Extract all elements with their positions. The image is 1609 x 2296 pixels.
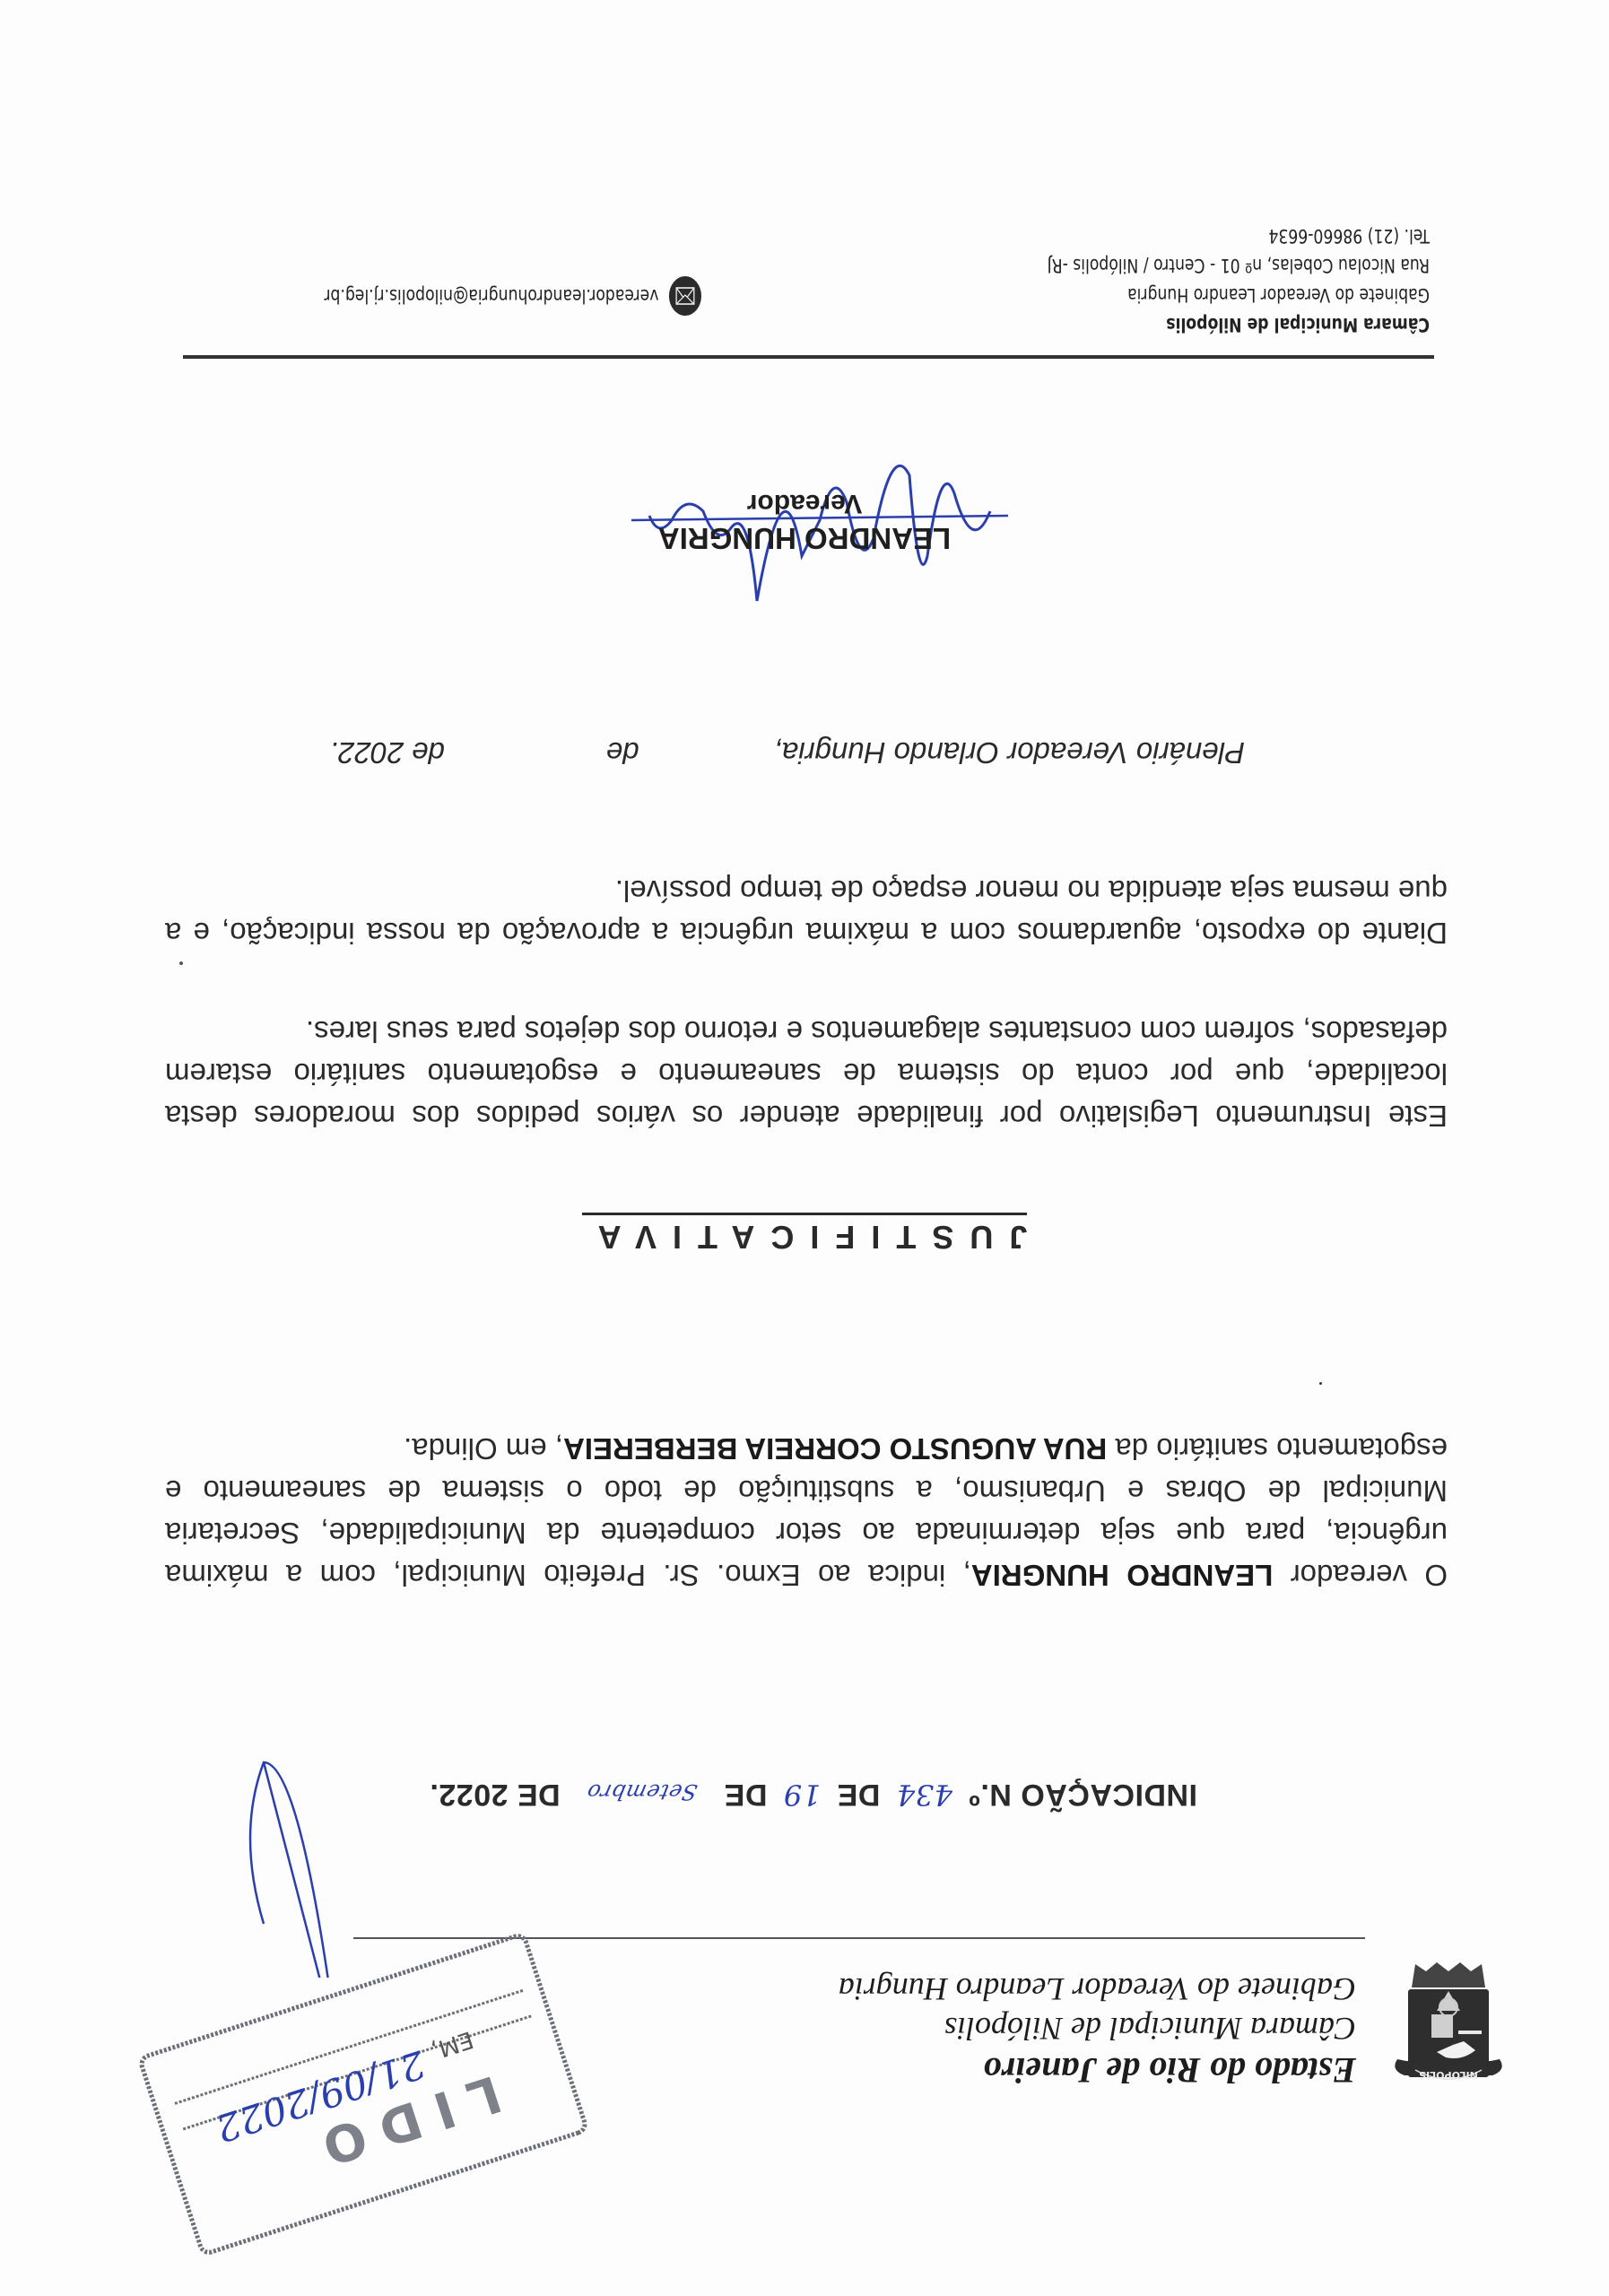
stray-mark — [1315, 1378, 1322, 1385]
date-de: de — [606, 736, 639, 770]
para1-end: , em Olinda. — [404, 1432, 563, 1465]
street-name: RUA AUGUSTO CORREIA BERBEREIA — [563, 1432, 1107, 1465]
footer-contact: Câmara Municipal de Nilópolis Gabinete d… — [1048, 221, 1430, 339]
title-day-handwritten: 19 — [783, 1778, 821, 1812]
para1-intro: O vereador — [1273, 1559, 1448, 1592]
document-title: INDICAÇÃO N.º434DE19DESetembroDE 2022. — [430, 1777, 1197, 1812]
title-number-handwritten: 434 — [896, 1778, 952, 1812]
letterhead-chamber: Câmara Municipal de Nilópolis — [692, 2009, 1356, 2048]
plenary-name: Plenário Vereador Orlando Hungria, — [774, 736, 1245, 770]
justification-heading: JUSTIFICATIVA — [0, 1218, 1609, 1256]
date-year: de 2022. — [330, 736, 445, 770]
stray-mark — [179, 961, 183, 965]
title-de: DE — [837, 1778, 880, 1812]
title-prefix: INDICAÇÃO N.º — [969, 1778, 1197, 1812]
councilor-name: LEANDRO HUNGRIA — [971, 1559, 1274, 1592]
footer-chamber: Câmara Municipal de Nilópolis — [1048, 309, 1430, 339]
letterhead-office: Gabinete do Vereador Leandro Hungria — [692, 1970, 1356, 2009]
municipal-crest-logo: NILÓPOLIS — [1381, 1940, 1516, 2097]
received-stamp: LIDO EM, 21/09/2022 — [126, 1928, 601, 2260]
signer-name: LEANDRO HUNGRIA — [0, 520, 1609, 556]
footer-email: vereador.leandrohungria@nilopolis.rj.leg… — [324, 276, 701, 316]
handwritten-initials — [0, 1744, 443, 1978]
svg-text:NILÓPOLIS: NILÓPOLIS — [1419, 2069, 1478, 2081]
indication-paragraph: O vereador LEANDRO HUNGRIA, indica ao Ex… — [165, 1428, 1448, 1596]
footer-divider — [183, 355, 1434, 359]
justification-paragraph: Este Instrumento Legislativo por finalid… — [165, 1011, 1448, 1137]
document-page: NILÓPOLIS Estado do Rio de Janeiro Câmar… — [0, 0, 1609, 2296]
signature-block: LEANDRO HUNGRIA Vereador — [0, 486, 1609, 556]
email-address[interactable]: vereador.leandrohungria@nilopolis.rj.leg… — [324, 285, 658, 307]
title-month-handwritten: Setembro — [585, 1779, 700, 1805]
footer-phone: Tel. (21) 98660-6634 — [1048, 221, 1430, 250]
letterhead-state: Estado do Rio de Janeiro — [692, 2048, 1356, 2092]
place-date-line: Plenário Vereador Orlando Hungria,dede 2… — [321, 735, 1245, 770]
footer-address: Rua Nicolau Cobelas, nº 01 - Centro / Ni… — [1048, 250, 1430, 280]
closing-paragraph: Diante do exposto, aguardamos com a máxi… — [165, 870, 1448, 954]
envelope-icon — [669, 276, 701, 316]
letterhead: Estado do Rio de Janeiro Câmara Municipa… — [692, 1970, 1356, 2092]
justification-heading-text: JUSTIFICATIVA — [582, 1213, 1028, 1256]
signer-role: Vereador — [0, 486, 1609, 520]
title-de: DE — [724, 1778, 767, 1812]
svg-text:EM,: EM, — [428, 2025, 476, 2064]
title-year: DE 2022. — [430, 1778, 561, 1812]
footer-office: Gabinete do Vereador Leandro Hungria — [1048, 280, 1430, 309]
